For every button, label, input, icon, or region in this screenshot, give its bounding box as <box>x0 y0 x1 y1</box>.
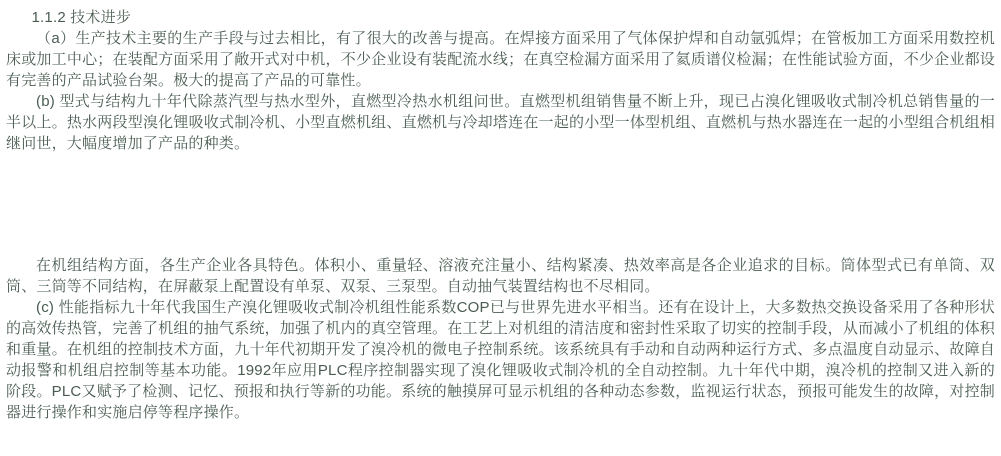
paragraph-unit-structure: 在机组结构方面，各生产企业各具特色。体积小、重量轻、溶液充注量小、结构紧凑、热效… <box>6 255 995 297</box>
section-heading: 1.1.2 技术进步 <box>6 7 995 28</box>
paragraph-b-type-and-structure: (b) 型式与结构九十年代除蒸汽型与热水型外，直燃型冷热水机组问世。直燃型机组销… <box>6 91 995 154</box>
blank-gap <box>6 154 995 255</box>
paragraph-c-performance-index: (c) 性能指标九十年代我国生产溴化锂吸收式制冷机组性能系数COP已与世界先进水… <box>6 297 995 423</box>
paragraph-a-production-technology: （a）生产技术主要的生产手段与过去相比，有了很大的改善与提高。在焊接方面采用了气… <box>6 28 995 91</box>
document-page: 1.1.2 技术进步 （a）生产技术主要的生产手段与过去相比，有了很大的改善与提… <box>0 0 1001 456</box>
